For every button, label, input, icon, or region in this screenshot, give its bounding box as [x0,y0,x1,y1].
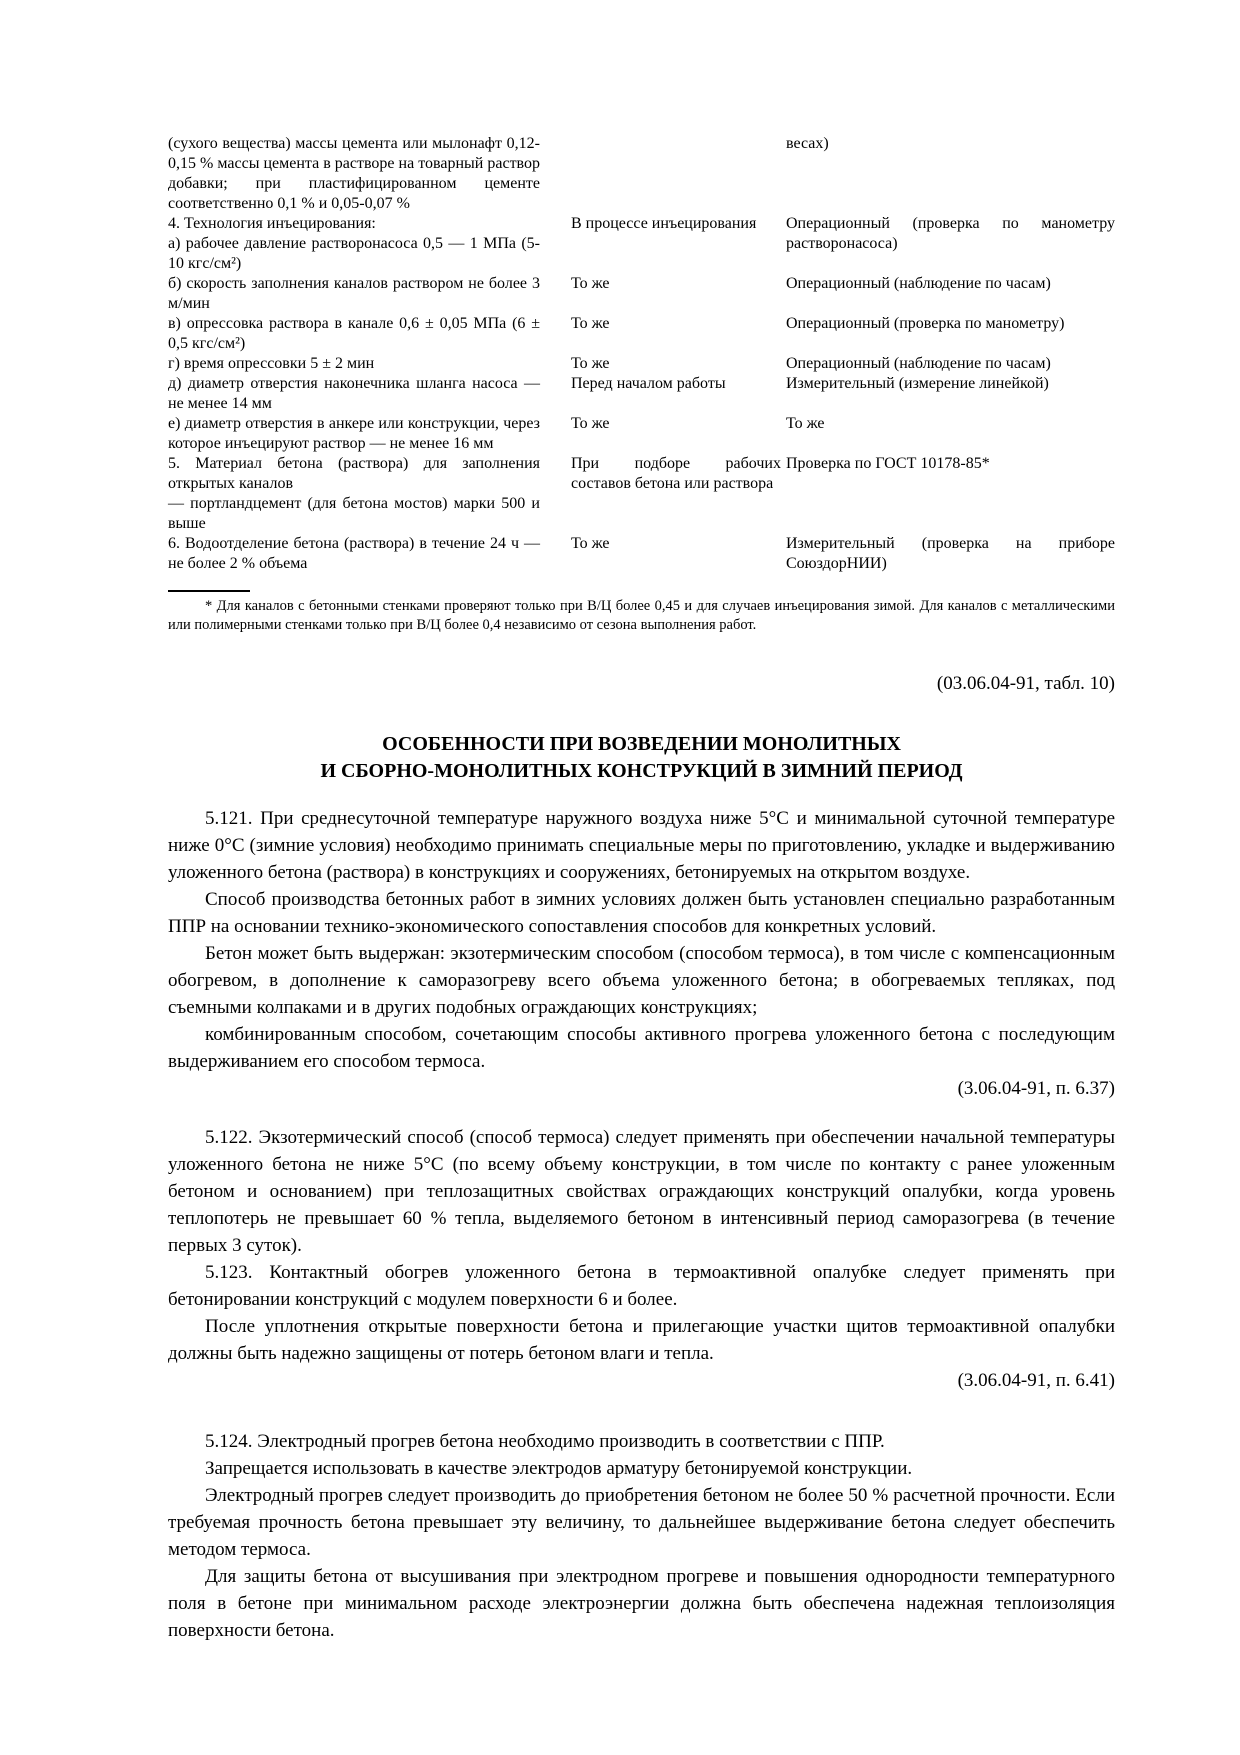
paragraph: Способ производства бетонных работ в зим… [168,886,1115,940]
table-cell-control-method: Операционный (наблюдение по часам) [786,354,1115,374]
table-cell-control-stage: То же [571,314,781,334]
paragraph: комбинированным способом, сочетающим спо… [168,1021,1115,1075]
paragraph: Бетон может быть выдержан: экзотермическ… [168,940,1115,1021]
requirement-text: 6. Водоотделение бетона (раствора) в теч… [168,534,540,574]
table-row: 6. Водоотделение бетона (раствора) в теч… [168,534,1115,574]
table-cell-control-method: Проверка по ГОСТ 10178-85* [786,454,1115,474]
table-cell-requirement: 6. Водоотделение бетона (раствора) в теч… [168,534,540,574]
table-cell-requirement: (сухого вещества) массы цемента или мыло… [168,134,540,214]
table-cell-control-method: Измерительный (измерение линейкой) [786,374,1115,394]
table-cell-control-stage: То же [571,354,781,374]
requirement-text: 5. Материал бетона (раствора) для заполн… [168,454,540,494]
table-cell-requirement: 5. Материал бетона (раствора) для заполн… [168,454,540,534]
table-row: е) диаметр отверстия в анкере или констр… [168,414,1115,454]
table-row: б) скорость заполнения каналов раствором… [168,274,1115,314]
table-cell-control-method: Операционный (проверка по манометру) [786,314,1115,334]
table-cell-control-stage: То же [571,414,781,434]
table-cell-control-stage: При подборе рабочих составов бетона или … [571,454,781,494]
paragraph: (3.06.04-91, п. 6.41) [168,1367,1115,1394]
paragraph: После уплотнения открытые поверхности бе… [168,1313,1115,1367]
table-row: д) диаметр отверстия наконечника шланга … [168,374,1115,414]
table-row: 4. Технология инъецирования:а) рабочее д… [168,214,1115,274]
table-row: в) опрессовка раствора в канале 0,6 ± 0,… [168,314,1115,354]
table-cell-control-stage: То же [571,534,781,554]
requirement-text: — портландцемент (для бетона мостов) мар… [168,494,540,534]
table-cell-requirement: б) скорость заполнения каналов раствором… [168,274,540,314]
table-cell-requirement: в) опрессовка раствора в канале 0,6 ± 0,… [168,314,540,354]
table-cell-control-stage: То же [571,274,781,294]
paragraph: Для защиты бетона от высушивания при эле… [168,1563,1115,1644]
requirement-text: а) рабочее давление растворонасоса 0,5 —… [168,234,540,274]
requirement-text: г) время опрессовки 5 ± 2 мин [168,354,540,374]
table-cell-control-method: весах) [786,134,1115,154]
table-cell-control-method: Операционный (проверка по манометру раст… [786,214,1115,254]
paragraph: Запрещается использовать в качестве элек… [168,1455,1115,1482]
table-cell-control-method: Операционный (наблюдение по часам) [786,274,1115,294]
requirement-text: 4. Технология инъецирования: [168,214,540,234]
document-page: (сухого вещества) массы цемента или мыло… [0,0,1115,1644]
control-table: (сухого вещества) массы цемента или мыло… [168,134,1115,574]
table-row: (сухого вещества) массы цемента или мыло… [168,134,1115,214]
section-paragraphs: 5.121. При среднесуточной температуре на… [168,805,1115,1644]
table-cell-requirement: е) диаметр отверстия в анкере или констр… [168,414,540,454]
paragraph: 5.124. Электродный прогрев бетона необхо… [168,1428,1115,1455]
paragraph: 5.123. Контактный обогрев уложенного бет… [168,1259,1115,1313]
footnote-text: * Для каналов с бетонными стенками прове… [168,597,1115,635]
section-heading: ОСОБЕННОСТИ ПРИ ВОЗВЕДЕНИИ МОНОЛИТНЫХ И … [168,731,1115,785]
footnote-divider [168,590,250,592]
table-cell-requirement: 4. Технология инъецирования:а) рабочее д… [168,214,540,274]
paragraph: 5.121. При среднесуточной температуре на… [168,805,1115,886]
table-cell-requirement: д) диаметр отверстия наконечника шланга … [168,374,540,414]
table-cell-requirement: г) время опрессовки 5 ± 2 мин [168,354,540,374]
table-row: 5. Материал бетона (раствора) для заполн… [168,454,1115,534]
table-cell-control-stage: В процессе инъецирования [571,214,781,234]
table-reference: (03.06.04-91, табл. 10) [168,671,1115,697]
paragraph: 5.122. Экзотермический способ (способ те… [168,1124,1115,1259]
requirement-text: (сухого вещества) массы цемента или мыло… [168,134,540,214]
requirement-text: е) диаметр отверстия в анкере или констр… [168,414,540,454]
table-cell-control-method: Измерительный (проверка на приборе Союзд… [786,534,1115,574]
table-cell-control-method: То же [786,414,1115,434]
heading-line-1: ОСОБЕННОСТИ ПРИ ВОЗВЕДЕНИИ МОНОЛИТНЫХ [168,731,1115,758]
heading-line-2: И СБОРНО-МОНОЛИТНЫХ КОНСТРУКЦИЙ В ЗИМНИЙ… [168,758,1115,785]
footnote-block: * Для каналов с бетонными стенками прове… [168,590,1115,635]
table-row: г) время опрессовки 5 ± 2 мин То же Опер… [168,354,1115,374]
paragraph: (3.06.04-91, п. 6.37) [168,1075,1115,1102]
requirement-text: в) опрессовка раствора в канале 0,6 ± 0,… [168,314,540,354]
paragraph: Электродный прогрев следует производить … [168,1482,1115,1563]
requirement-text: д) диаметр отверстия наконечника шланга … [168,374,540,414]
table-cell-control-stage: Перед началом работы [571,374,781,394]
requirement-text: б) скорость заполнения каналов раствором… [168,274,540,314]
